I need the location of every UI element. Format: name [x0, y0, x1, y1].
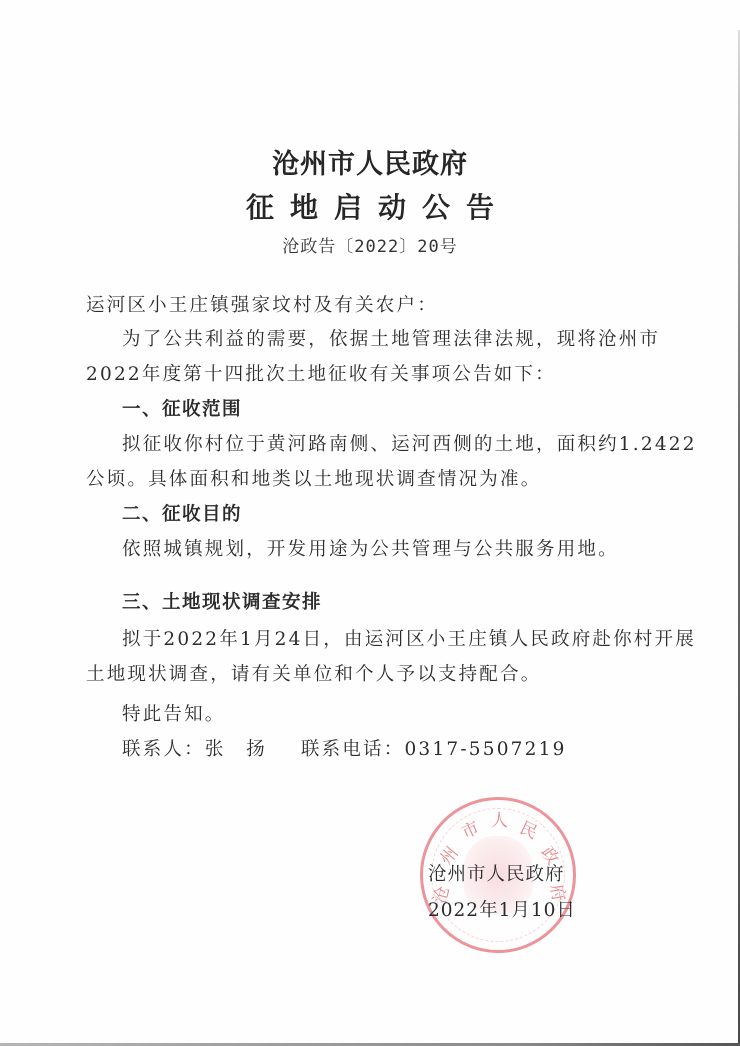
closing-text: 特此告知。 [122, 700, 226, 726]
section-survey-line-1: 拟于2022年1月24日，由运河区小王庄镇人民政府赴你村开展 [122, 625, 696, 651]
contact-person-name: 张 扬 [205, 739, 267, 760]
section-scope-line-2: 公顷。具体面积和地类以土地现状调查情况为准。 [86, 465, 541, 491]
document-page: 沧州市人民政府 征地启动公告 沧政告〔2022〕20号 运河区小王庄镇强家坟村及… [0, 0, 740, 1046]
intro-line-1: 为了公共利益的需要，依据土地管理法律法规，现将沧州市 [122, 325, 660, 351]
document-number: 沧政告〔2022〕20号 [0, 232, 740, 257]
addressee: 运河区小王庄镇强家坟村及有关农户： [86, 291, 438, 317]
issuer-title: 沧州市人民政府 [0, 142, 740, 181]
intro-line-2: 2022年度第十四批次土地征收有关事项公告如下： [86, 360, 556, 386]
signature-issuer: 沧州市人民政府 [428, 860, 565, 886]
contact-person-label: 联系人： [122, 739, 205, 760]
section-heading-purpose: 二、征收目的 [122, 500, 242, 526]
section-scope-line-1: 拟征收你村位于黄河路南侧、运河西侧的土地，面积约1.2422 [122, 430, 697, 456]
section-heading-survey: 三、土地现状调查安排 [122, 588, 322, 614]
notice-title: 征地启动公告 [0, 186, 740, 226]
section-survey-line-2: 土地现状调查，请有关单位和个人予以支持配合。 [86, 660, 541, 686]
section-heading-scope: 一、征收范围 [122, 395, 242, 421]
signature-date: 2022年1月10日 [428, 896, 576, 922]
section-purpose-line-1: 依照城镇规划，开发用途为公共管理与公共服务用地。 [122, 535, 619, 561]
contact-phone: 0317-5507219 [404, 739, 566, 760]
contact-line: 联系人：张 扬联系电话：0317-5507219 [122, 735, 567, 761]
contact-phone-label: 联系电话： [301, 739, 405, 760]
seal-char: 人 [491, 806, 508, 831]
